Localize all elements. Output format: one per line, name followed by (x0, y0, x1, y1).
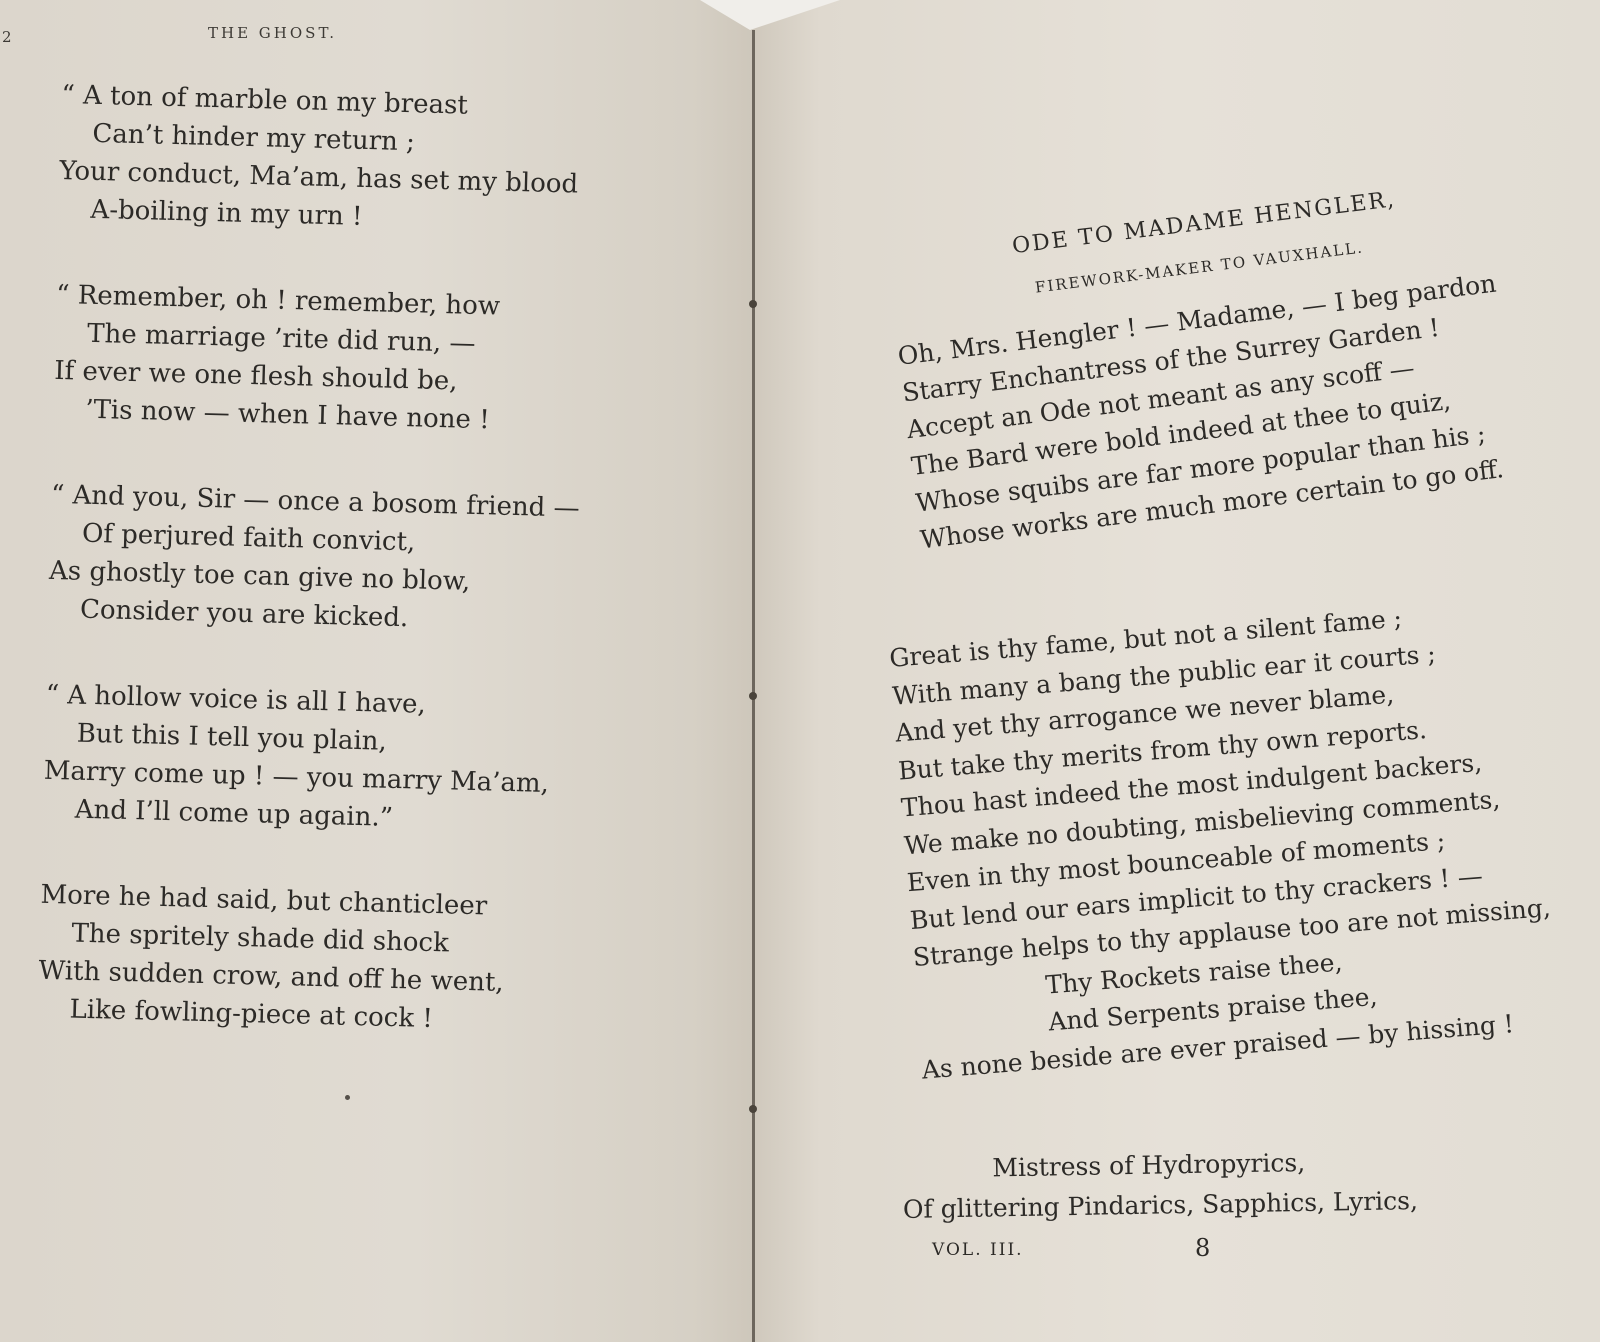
volume-mark: VOL. III. (932, 1240, 1024, 1260)
page-corner-gap (700, 0, 840, 30)
binding-stitch (749, 1105, 757, 1113)
stanza: “ Remember, oh ! remember, how The marri… (53, 276, 697, 445)
book-spine-gutter (752, 30, 755, 1342)
left-page: 2 THE GHOST. “ A ton of marble on my bre… (0, 0, 752, 1342)
running-head: THE GHOST. (208, 24, 337, 42)
stanza: “ A ton of marble on my breast Can’t hin… (58, 76, 702, 245)
poem-body: Oh, Mrs. Hengler ! — Madame, — I beg par… (896, 258, 1578, 559)
stanza: Oh, Mrs. Hengler ! — Madame, — I beg par… (896, 258, 1578, 559)
stanza: “ A hollow voice is all I have, But this… (42, 676, 686, 845)
ode-second-stanza: Great is thy fame, but not a silent fame… (888, 587, 1600, 1089)
ode-third-stanza: Mistress of Hydropyrics, Of glittering P… (902, 1139, 1543, 1230)
ode-header-and-first-stanza: ODE TO MADAME HENGLER, FIREWORK-MAKER TO… (880, 130, 1582, 589)
poem-the-ghost: “ A ton of marble on my breast Can’t hin… (36, 76, 702, 1092)
binding-stitch (749, 692, 757, 700)
binding-stitch (749, 300, 757, 308)
signature-mark: 8 (1195, 1234, 1210, 1262)
ink-speck (345, 1095, 350, 1100)
stanza: More he had said, but chanticleer The sp… (37, 876, 681, 1045)
stanza: “ And you, Sir — once a bosom friend — O… (48, 476, 692, 645)
page-number: 2 (2, 28, 12, 46)
